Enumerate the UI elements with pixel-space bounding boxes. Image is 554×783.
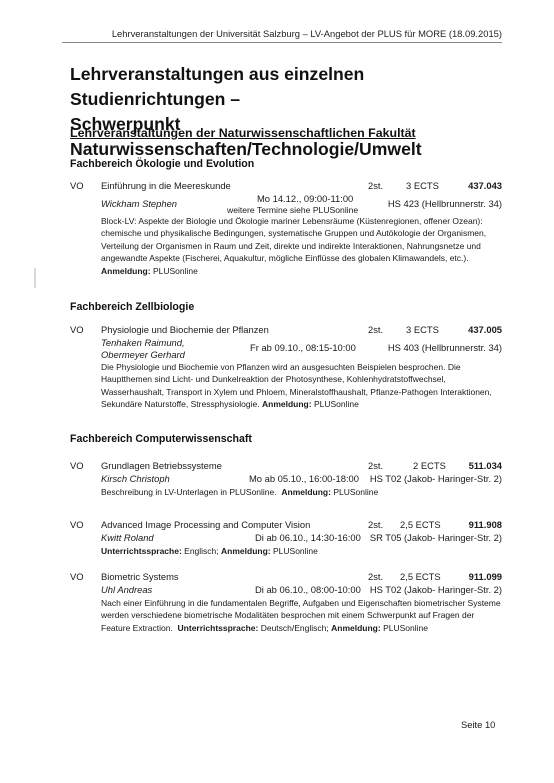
course-room: HS 423 (Hellbrunnerstr. 34) — [388, 198, 502, 209]
course-type: VO — [70, 324, 84, 335]
course-entry: VO Einführung in die Meereskunde 2st. 3 … — [70, 180, 502, 277]
course-number: 511.034 — [469, 460, 502, 471]
course-ects: 2,5 ECTS — [400, 571, 441, 582]
course-number: 911.908 — [469, 519, 502, 530]
course-description: Nach einer Einführung in die fundamental… — [101, 597, 502, 634]
course-number: 437.005 — [468, 324, 502, 335]
course-name: Physiologie und Biochemie der Pflanzen — [101, 324, 269, 335]
course-ects: 2,5 ECTS — [400, 519, 441, 530]
course-name: Biometric Systems — [101, 571, 179, 582]
course-description: Unterrichtssprache: Englisch; Anmeldung:… — [101, 545, 502, 557]
course-ects: 3 ECTS — [406, 180, 439, 191]
course-name: Grundlagen Betriebssysteme — [101, 460, 222, 471]
course-time: Di ab 06.10., 08:00-10:00 — [255, 584, 361, 595]
course-description: Block-LV: Aspekte der Biologie und Ökolo… — [101, 215, 502, 277]
registration-value: PLUSonline — [383, 623, 428, 633]
course-number: 911.099 — [469, 571, 502, 582]
course-ects: 3 ECTS — [406, 324, 439, 335]
department-heading: Fachbereich Zellbiologie — [70, 301, 194, 313]
course-room: SR T05 (Jakob- Haringer-Str. 2) — [370, 532, 502, 543]
course-hours: 2st. — [368, 571, 383, 582]
registration-label: Anmeldung: — [262, 399, 312, 409]
course-room: HS T02 (Jakob- Haringer-Str. 2) — [370, 473, 502, 484]
course-lecturer: Kirsch Christoph — [101, 473, 170, 485]
course-hours: 2st. — [368, 180, 383, 191]
course-entry: VO Grundlagen Betriebssysteme 2st. 2 ECT… — [70, 460, 502, 498]
title-line-1: Lehrveranstaltungen aus einzelnen Studie… — [70, 62, 510, 112]
course-name: Advanced Image Processing and Computer V… — [101, 519, 310, 530]
language-value: Englisch; — [184, 546, 219, 556]
course-hours: 2st. — [368, 460, 383, 471]
course-entry: VO Advanced Image Processing and Compute… — [70, 519, 502, 557]
page-number: Seite 10 — [461, 719, 495, 730]
course-more-dates: weitere Termine siehe PLUSonline — [227, 205, 358, 215]
course-type: VO — [70, 180, 84, 191]
running-header: Lehrveranstaltungen der Universität Salz… — [62, 28, 502, 43]
course-time: Di ab 06.10., 14:30-16:00 — [255, 532, 361, 543]
course-time: Fr ab 09.10., 08:15-10:00 — [250, 342, 356, 353]
language-label: Unterrichtssprache: — [101, 546, 182, 556]
faculty-heading: Lehrveranstaltungen der Naturwissenschaf… — [70, 126, 416, 140]
course-lecturer: Tenhaken Raimund, Obermeyer Gerhard — [101, 337, 185, 361]
registration-value: PLUSonline — [333, 487, 378, 497]
course-lecturer: Kwitt Roland — [101, 532, 154, 544]
language-value: Deutsch/Englisch; — [261, 623, 329, 633]
page-title: Lehrveranstaltungen aus einzelnen Studie… — [70, 62, 510, 162]
registration-value: PLUSonline — [153, 266, 198, 276]
registration-label: Anmeldung: — [331, 623, 381, 633]
registration-value: PLUSonline — [273, 546, 318, 556]
scan-artifact — [34, 268, 36, 288]
course-time: Mo ab 05.10., 16:00-18:00 — [249, 473, 359, 484]
course-type: VO — [70, 519, 84, 530]
course-entry: VO Biometric Systems 2st. 2,5 ECTS 911.0… — [70, 571, 502, 634]
course-description: Die Physiologie und Biochemie von Pflanz… — [101, 361, 502, 411]
course-hours: 2st. — [368, 324, 383, 335]
course-lecturer: Wickham Stephen — [101, 198, 177, 210]
course-lecturer: Uhl Andreas — [101, 584, 152, 596]
course-ects: 2 ECTS — [413, 460, 446, 471]
language-label: Unterrichtssprache: — [178, 623, 259, 633]
course-number: 437.043 — [468, 180, 502, 191]
course-name: Einführung in die Meereskunde — [101, 180, 231, 191]
course-hours: 2st. — [368, 519, 383, 530]
course-room: HS T02 (Jakob- Haringer-Str. 2) — [370, 584, 502, 595]
course-type: VO — [70, 460, 84, 471]
course-type: VO — [70, 571, 84, 582]
registration-value: PLUSonline — [314, 399, 359, 409]
registration-label: Anmeldung: — [281, 487, 331, 497]
course-description: Beschreibung in LV-Unterlagen in PLUSonl… — [101, 486, 502, 498]
registration-label: Anmeldung: — [221, 546, 271, 556]
course-entry: VO Physiologie und Biochemie der Pflanze… — [70, 324, 502, 411]
course-room: HS 403 (Hellbrunnerstr. 34) — [388, 342, 502, 353]
registration-label: Anmeldung: — [101, 266, 151, 276]
course-time: Mo 14.12., 09:00-11:00 — [257, 193, 353, 204]
department-heading: Fachbereich Computerwissenschaft — [70, 433, 252, 445]
department-heading: Fachbereich Ökologie und Evolution — [70, 158, 254, 170]
